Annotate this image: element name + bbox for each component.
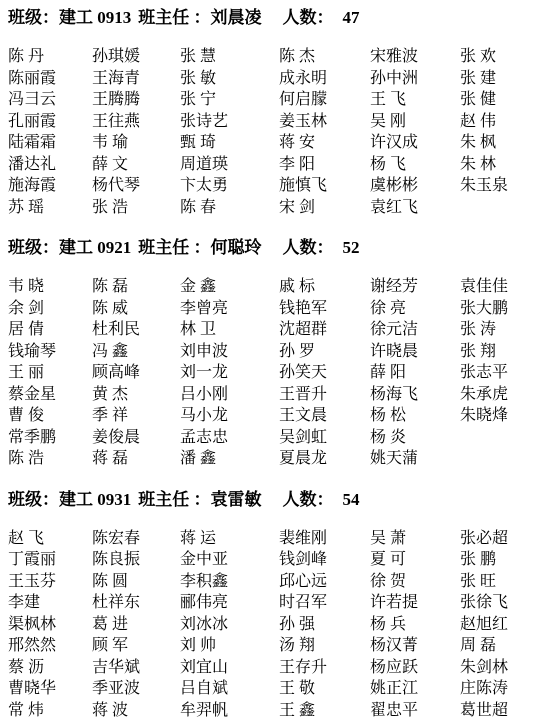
student-name: 许若提 [370, 592, 460, 614]
student-name: 孙琪媛 [92, 46, 180, 68]
student-name: 沈超群 [279, 319, 370, 341]
student-name: 张 浩 [92, 197, 180, 219]
roster-row: 陈 浩蒋 磊潘 鑫夏晨龙姚天蒲 [8, 448, 537, 470]
teacher-name: 袁雷敏 [211, 490, 262, 509]
student-name: 丁霞丽 [8, 549, 92, 571]
student-name: 陈 圆 [92, 571, 180, 593]
student-name: 张大鹏 [460, 298, 537, 320]
student-name: 张必超 [460, 528, 537, 550]
student-name: 张 涛 [460, 319, 537, 341]
student-name: 汤 翔 [279, 635, 370, 657]
student-name: 周 磊 [460, 635, 537, 657]
count-label: 人数： [283, 490, 334, 509]
class-name: 建工 0913 [59, 8, 131, 27]
class-name: 建工 0921 [59, 238, 131, 257]
student-name: 常季鹏 [8, 427, 92, 449]
class-label: 班级： [8, 490, 59, 509]
student-name: 牟羿帆 [180, 700, 279, 722]
student-name: 王 飞 [370, 89, 460, 111]
student-name: 周道瑛 [180, 154, 279, 176]
student-name: 时召军 [279, 592, 370, 614]
roster-row: 丁霞丽陈良振金中亚钱剑峰夏 可张 鹏 [8, 549, 537, 571]
student-name: 吉华斌 [92, 657, 180, 679]
student-name: 裴维刚 [279, 528, 370, 550]
roster-row: 李建杜祥东郦伟亮时召军许若提张徐飞 [8, 592, 537, 614]
roster-sections: 班级：建工 0913班主任 ：刘晨凌人数：47 陈 丹孙琪媛张 慧陈 杰宋雅波张… [0, 7, 537, 721]
student-name: 邢然然 [8, 635, 92, 657]
roster-grid: 陈 丹孙琪媛张 慧陈 杰宋雅波张 欢陈丽霞王海青张 敏成永明孙中洲张 建冯彐云王… [0, 46, 537, 218]
student-name: 杨 兵 [370, 614, 460, 636]
student-name: 黄 杰 [92, 384, 180, 406]
student-name: 金中亚 [180, 549, 279, 571]
roster-row: 余 剑陈 威李曾亮钱艳军徐 亮张大鹏 [8, 298, 537, 320]
count-label: 人数： [283, 238, 334, 257]
student-name: 杜利民 [92, 319, 180, 341]
student-name: 杨 松 [370, 405, 460, 427]
student-name: 余 剑 [8, 298, 92, 320]
student-name: 孙笑天 [279, 362, 370, 384]
student-name: 王玉芬 [8, 571, 92, 593]
student-name: 张徐飞 [460, 592, 537, 614]
student-name: 蒋 运 [180, 528, 279, 550]
student-name: 张志平 [460, 362, 537, 384]
roster-row: 居 倩杜利民林 卫沈超群徐元洁张 涛 [8, 319, 537, 341]
student-name: 施海霞 [8, 175, 92, 197]
student-name: 吴剑虹 [279, 427, 370, 449]
student-name: 陈宏春 [92, 528, 180, 550]
student-name: 杨海飞 [370, 384, 460, 406]
student-name: 薛 阳 [370, 362, 460, 384]
student-name: 金 鑫 [180, 276, 279, 298]
student-name: 季 祥 [92, 405, 180, 427]
student-name: 杨 飞 [370, 154, 460, 176]
student-name: 姜玉林 [279, 111, 370, 133]
student-name: 刘冰冰 [180, 614, 279, 636]
student-name: 杨 炎 [370, 427, 460, 449]
roster-row: 陈 丹孙琪媛张 慧陈 杰宋雅波张 欢 [8, 46, 537, 68]
teacher-name: 何聪玲 [211, 238, 262, 257]
class-section: 班级：建工 0931班主任 ：袁雷敏人数：54 赵 飞陈宏春蒋 运裴维刚吴 萧张… [0, 489, 537, 722]
student-name: 李积鑫 [180, 571, 279, 593]
student-name: 杨汉菁 [370, 635, 460, 657]
student-name: 冯彐云 [8, 89, 92, 111]
teacher-label: 班主任 ： [138, 238, 210, 257]
student-name: 张 鹏 [460, 549, 537, 571]
student-name: 陈 磊 [92, 276, 180, 298]
student-name: 曹 俊 [8, 405, 92, 427]
student-name: 刘宜山 [180, 657, 279, 679]
roster-row: 常 炜蒋 波牟羿帆王 鑫翟忠平葛世超 [8, 700, 537, 722]
student-name: 苏 瑶 [8, 197, 92, 219]
student-name: 朱 枫 [460, 132, 537, 154]
roster-row: 曹 俊季 祥马小龙王文晨杨 松朱晓烽 [8, 405, 537, 427]
student-name: 宋 剑 [279, 197, 370, 219]
student-count: 47 [343, 8, 360, 27]
student-name: 蔡金星 [8, 384, 92, 406]
student-name: 蒋 磊 [92, 448, 180, 470]
student-name: 陈 浩 [8, 448, 92, 470]
roster-row: 王 丽顾高峰刘一龙孙笑天薛 阳张志平 [8, 362, 537, 384]
roster-row: 蔡金星黄 杰吕小刚王晋升杨海飞朱承虎 [8, 384, 537, 406]
student-name: 潘达礼 [8, 154, 92, 176]
student-name: 陈良振 [92, 549, 180, 571]
student-name: 张 宁 [180, 89, 279, 111]
roster-row: 陆霜霜韦 瑜甄 琦蒋 安许汉成朱 枫 [8, 132, 537, 154]
roster-row: 冯彐云王腾腾张 宁何启朦王 飞张 健 [8, 89, 537, 111]
student-name: 刘 帅 [180, 635, 279, 657]
student-name: 王腾腾 [92, 89, 180, 111]
roster-row: 王玉芬陈 圆李积鑫邱心远徐 贺张 旺 [8, 571, 537, 593]
student-name: 朱剑林 [460, 657, 537, 679]
student-name: 杨应跃 [370, 657, 460, 679]
student-name: 刘申波 [180, 341, 279, 363]
student-name: 韦 瑜 [92, 132, 180, 154]
student-name: 夏 可 [370, 549, 460, 571]
teacher-label: 班主任 ： [138, 8, 210, 27]
student-name: 邱心远 [279, 571, 370, 593]
student-name: 朱晓烽 [460, 405, 537, 427]
student-name: 夏晨龙 [279, 448, 370, 470]
student-name: 李曾亮 [180, 298, 279, 320]
student-name: 居 倩 [8, 319, 92, 341]
student-name: 何启朦 [279, 89, 370, 111]
student-name: 许晓晨 [370, 341, 460, 363]
roster-grid: 韦 晓陈 磊金 鑫戚 标谢经芳袁佳佳余 剑陈 威李曾亮钱艳军徐 亮张大鹏居 倩杜… [0, 276, 537, 470]
student-name: 渠枫林 [8, 614, 92, 636]
student-name: 蒋 波 [92, 700, 180, 722]
student-name: 薛 文 [92, 154, 180, 176]
student-name: 张 敏 [180, 68, 279, 90]
student-name: 刘一龙 [180, 362, 279, 384]
class-section: 班级：建工 0913班主任 ：刘晨凌人数：47 陈 丹孙琪媛张 慧陈 杰宋雅波张… [0, 7, 537, 218]
roster-row: 钱瑜琴冯 鑫刘申波孙 罗许晓晨张 翔 [8, 341, 537, 363]
student-name: 张 慧 [180, 46, 279, 68]
roster-row: 邢然然顾 军刘 帅汤 翔杨汉菁周 磊 [8, 635, 537, 657]
class-label: 班级： [8, 238, 59, 257]
student-name: 吴 萧 [370, 528, 460, 550]
class-label: 班级： [8, 8, 59, 27]
student-name: 孔丽霞 [8, 111, 92, 133]
student-name: 陈 威 [92, 298, 180, 320]
roster-grid: 赵 飞陈宏春蒋 运裴维刚吴 萧张必超丁霞丽陈良振金中亚钱剑峰夏 可张 鹏王玉芬陈… [0, 528, 537, 722]
student-name: 张 欢 [460, 46, 537, 68]
student-name: 孙 强 [279, 614, 370, 636]
section-header: 班级：建工 0913班主任 ：刘晨凌人数：47 [0, 7, 537, 29]
student-name: 许汉成 [370, 132, 460, 154]
student-name: 陈丽霞 [8, 68, 92, 90]
student-name: 顾 军 [92, 635, 180, 657]
student-name: 王 敬 [279, 678, 370, 700]
student-name: 虞彬彬 [370, 175, 460, 197]
student-name: 吕小刚 [180, 384, 279, 406]
student-name: 陈 杰 [279, 46, 370, 68]
roster-row: 施海霞杨代琴卞太勇施慎飞虞彬彬朱玉泉 [8, 175, 537, 197]
section-header: 班级：建工 0931班主任 ：袁雷敏人数：54 [0, 489, 537, 511]
student-name: 徐 贺 [370, 571, 460, 593]
student-name: 徐 亮 [370, 298, 460, 320]
teacher-label: 班主任 ： [138, 490, 210, 509]
student-name: 宋雅波 [370, 46, 460, 68]
roster-row: 陈丽霞王海青张 敏成永明孙中洲张 建 [8, 68, 537, 90]
roster-row: 苏 瑶张 浩陈 春宋 剑袁红飞 [8, 197, 537, 219]
student-name: 张 翔 [460, 341, 537, 363]
student-name: 王 丽 [8, 362, 92, 384]
student-name: 袁佳佳 [460, 276, 537, 298]
teacher-name: 刘晨凌 [211, 8, 262, 27]
student-name: 孙中洲 [370, 68, 460, 90]
student-name: 赵旭红 [460, 614, 537, 636]
student-name: 卞太勇 [180, 175, 279, 197]
roster-row: 潘达礼薛 文周道瑛李 阳杨 飞朱 林 [8, 154, 537, 176]
student-name: 陆霜霜 [8, 132, 92, 154]
roster-row: 曹晓华季亚波吕自斌王 敬姚正江庄陈涛 [8, 678, 537, 700]
student-name: 姚天蒲 [370, 448, 460, 470]
student-name: 陈 丹 [8, 46, 92, 68]
student-name: 葛世超 [460, 700, 537, 722]
student-name: 吕自斌 [180, 678, 279, 700]
count-label: 人数： [283, 8, 334, 27]
student-name: 王海青 [92, 68, 180, 90]
student-name: 朱玉泉 [460, 175, 537, 197]
student-name: 王 鑫 [279, 700, 370, 722]
student-count: 52 [343, 238, 360, 257]
student-name: 施慎飞 [279, 175, 370, 197]
student-name: 赵 飞 [8, 528, 92, 550]
class-name: 建工 0931 [59, 490, 131, 509]
roster-row: 孔丽霞王往燕张诗艺姜玉林吴 刚赵 伟 [8, 111, 537, 133]
document-page: 班级：建工 0913班主任 ：刘晨凌人数：47 陈 丹孙琪媛张 慧陈 杰宋雅波张… [0, 0, 537, 721]
student-name: 张 建 [460, 68, 537, 90]
student-name: 孙 罗 [279, 341, 370, 363]
student-name: 李建 [8, 592, 92, 614]
student-name: 甄 琦 [180, 132, 279, 154]
student-name: 钱瑜琴 [8, 341, 92, 363]
student-name: 曹晓华 [8, 678, 92, 700]
student-name: 王往燕 [92, 111, 180, 133]
student-name: 王文晨 [279, 405, 370, 427]
student-name: 钱剑峰 [279, 549, 370, 571]
student-name: 吴 刚 [370, 111, 460, 133]
student-name: 王存升 [279, 657, 370, 679]
student-name: 张 旺 [460, 571, 537, 593]
student-name: 姜俊晨 [92, 427, 180, 449]
student-name: 韦 晓 [8, 276, 92, 298]
student-name: 钱艳军 [279, 298, 370, 320]
section-header: 班级：建工 0921班主任 ：何聪玲人数：52 [0, 237, 537, 259]
student-name: 谢经芳 [370, 276, 460, 298]
student-name: 庄陈涛 [460, 678, 537, 700]
class-section: 班级：建工 0921班主任 ：何聪玲人数：52 韦 晓陈 磊金 鑫戚 标谢经芳袁… [0, 237, 537, 470]
student-name: 徐元洁 [370, 319, 460, 341]
student-name: 冯 鑫 [92, 341, 180, 363]
student-name: 杨代琴 [92, 175, 180, 197]
student-name: 朱承虎 [460, 384, 537, 406]
student-name: 马小龙 [180, 405, 279, 427]
student-name: 姚正江 [370, 678, 460, 700]
student-name: 张诗艺 [180, 111, 279, 133]
student-name: 张 健 [460, 89, 537, 111]
student-name: 翟忠平 [370, 700, 460, 722]
student-name: 戚 标 [279, 276, 370, 298]
student-name: 顾高峰 [92, 362, 180, 384]
student-name: 潘 鑫 [180, 448, 279, 470]
student-name: 孟志忠 [180, 427, 279, 449]
roster-row: 蔡 沥吉华斌刘宜山王存升杨应跃朱剑林 [8, 657, 537, 679]
student-name: 李 阳 [279, 154, 370, 176]
student-name: 常 炜 [8, 700, 92, 722]
student-name: 成永明 [279, 68, 370, 90]
student-count: 54 [343, 490, 360, 509]
student-name: 袁红飞 [370, 197, 460, 219]
roster-row: 韦 晓陈 磊金 鑫戚 标谢经芳袁佳佳 [8, 276, 537, 298]
student-name: 杜祥东 [92, 592, 180, 614]
student-name: 陈 春 [180, 197, 279, 219]
student-name: 赵 伟 [460, 111, 537, 133]
student-name: 郦伟亮 [180, 592, 279, 614]
roster-row: 赵 飞陈宏春蒋 运裴维刚吴 萧张必超 [8, 528, 537, 550]
roster-row: 渠枫林葛 进刘冰冰孙 强杨 兵赵旭红 [8, 614, 537, 636]
student-name: 季亚波 [92, 678, 180, 700]
student-name: 林 卫 [180, 319, 279, 341]
student-name: 蔡 沥 [8, 657, 92, 679]
student-name: 王晋升 [279, 384, 370, 406]
student-name: 朱 林 [460, 154, 537, 176]
student-name: 葛 进 [92, 614, 180, 636]
student-name: 蒋 安 [279, 132, 370, 154]
roster-row: 常季鹏姜俊晨孟志忠吴剑虹杨 炎 [8, 427, 537, 449]
